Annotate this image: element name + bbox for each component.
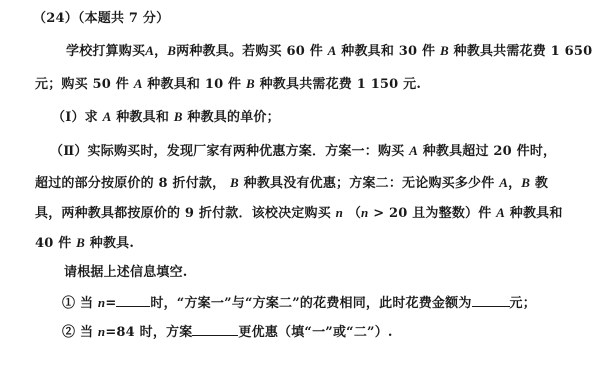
answer-blank-plan[interactable] [192, 323, 238, 336]
text: 元；购买 50 件 [35, 77, 129, 92]
part-1-label: （Ⅰ）求 [52, 110, 98, 125]
text: 种教具的单价； [187, 110, 279, 125]
intro-line-1: 学校打算购买A，B两种教具。若购买 60 件 A 种教具和 30 件 B 种教具… [66, 43, 592, 60]
fill-item-1: ① 当 n=时，“方案一”与“方案二”的花费相同，此时花费金额为元； [62, 294, 536, 312]
var-b: B [246, 76, 255, 91]
text: 种教具超过 20 件时， [423, 144, 557, 159]
question-number: （24） [33, 11, 78, 26]
text: 种教具和 30 件 [341, 44, 435, 59]
text: ， [508, 176, 521, 191]
text: （ [348, 206, 361, 221]
part-1: （Ⅰ）求 A 种教具和 B 种教具的单价； [52, 109, 280, 126]
fill-prompt: 请根据上述信息填空. [64, 265, 188, 281]
var-a: A [134, 76, 143, 91]
var-a: A [496, 205, 505, 220]
text: 当 [80, 296, 93, 311]
text: ， [154, 44, 167, 59]
text: （Ⅱ）实际购买时，发现厂家有两种优惠方案．方案一：购买 [50, 144, 404, 159]
text: 更优惠（填“一”或“二”）. [238, 325, 392, 340]
text: 种教具. [90, 236, 134, 251]
answer-blank-n[interactable] [116, 294, 150, 307]
var-n: n [361, 205, 368, 220]
item-number: ② [62, 325, 75, 340]
var-b: B [76, 235, 85, 250]
text: 教 [535, 176, 548, 191]
text: 种教具和 [510, 206, 563, 221]
fill-item-2: ② 当 n=84 时，方案更优惠（填“一”或“二”）. [62, 323, 393, 341]
text: 两种教具。若购买 60 件 [176, 44, 323, 59]
text: 元； [510, 296, 536, 311]
part-2-line-3: 具，两种教具都按原价的 9 折付款．该校决定购买 n （n > 20 且为整数）… [35, 205, 563, 222]
text: 种教具和 10 件 [147, 77, 241, 92]
var-a: A [103, 109, 112, 124]
var-n: n [336, 205, 343, 220]
item-number: ① [62, 296, 75, 311]
text: 种教具没有优惠；方案二：无论购买多少件 [244, 176, 495, 191]
var-b: B [167, 43, 176, 58]
var-a: A [328, 43, 337, 58]
question-header: （24）（本题共 7 分） [33, 11, 169, 27]
part-2-line-2: 超过的部分按原价的 8 折付款， B 种教具没有优惠；方案二：无论购买多少件 A… [35, 175, 548, 192]
var-b: B [521, 175, 530, 190]
answer-blank-amount[interactable] [472, 294, 510, 307]
text: 40 件 [35, 236, 71, 251]
text: 学校打算购买 [66, 44, 145, 59]
text: =84 时，方案 [105, 325, 192, 340]
var-b: B [174, 109, 183, 124]
text: 种教具和 [116, 110, 169, 125]
var-a: A [409, 143, 418, 158]
part-2-line-4: 40 件 B 种教具. [35, 235, 134, 252]
var-a: A [499, 175, 508, 190]
text: 种教具共需花费 1 650 [454, 44, 593, 59]
exam-page: （24）（本题共 7 分） 学校打算购买A，B两种教具。若购买 60 件 A 种… [0, 0, 595, 374]
question-points: （本题共 7 分） [78, 11, 169, 26]
text: 种教具共需花费 1 150 元. [260, 77, 422, 92]
intro-line-2: 元；购买 50 件 A 种教具和 10 件 B 种教具共需花费 1 150 元. [35, 76, 421, 93]
var-b: B [230, 175, 239, 190]
text: 具，两种教具都按原价的 9 折付款．该校决定购买 [35, 206, 331, 221]
text: 时，“方案一”与“方案二”的花费相同，此时花费金额为 [150, 296, 471, 311]
text: = [105, 296, 116, 311]
text: 当 [80, 325, 93, 340]
text: 超过的部分按原价的 8 折付款， [35, 176, 225, 191]
var-a: A [145, 43, 154, 58]
text: > 20 且为整数）件 [373, 206, 491, 221]
part-2-line-1: （Ⅱ）实际购买时，发现厂家有两种优惠方案．方案一：购买 A 种教具超过 20 件… [50, 143, 556, 160]
var-b: B [440, 43, 449, 58]
